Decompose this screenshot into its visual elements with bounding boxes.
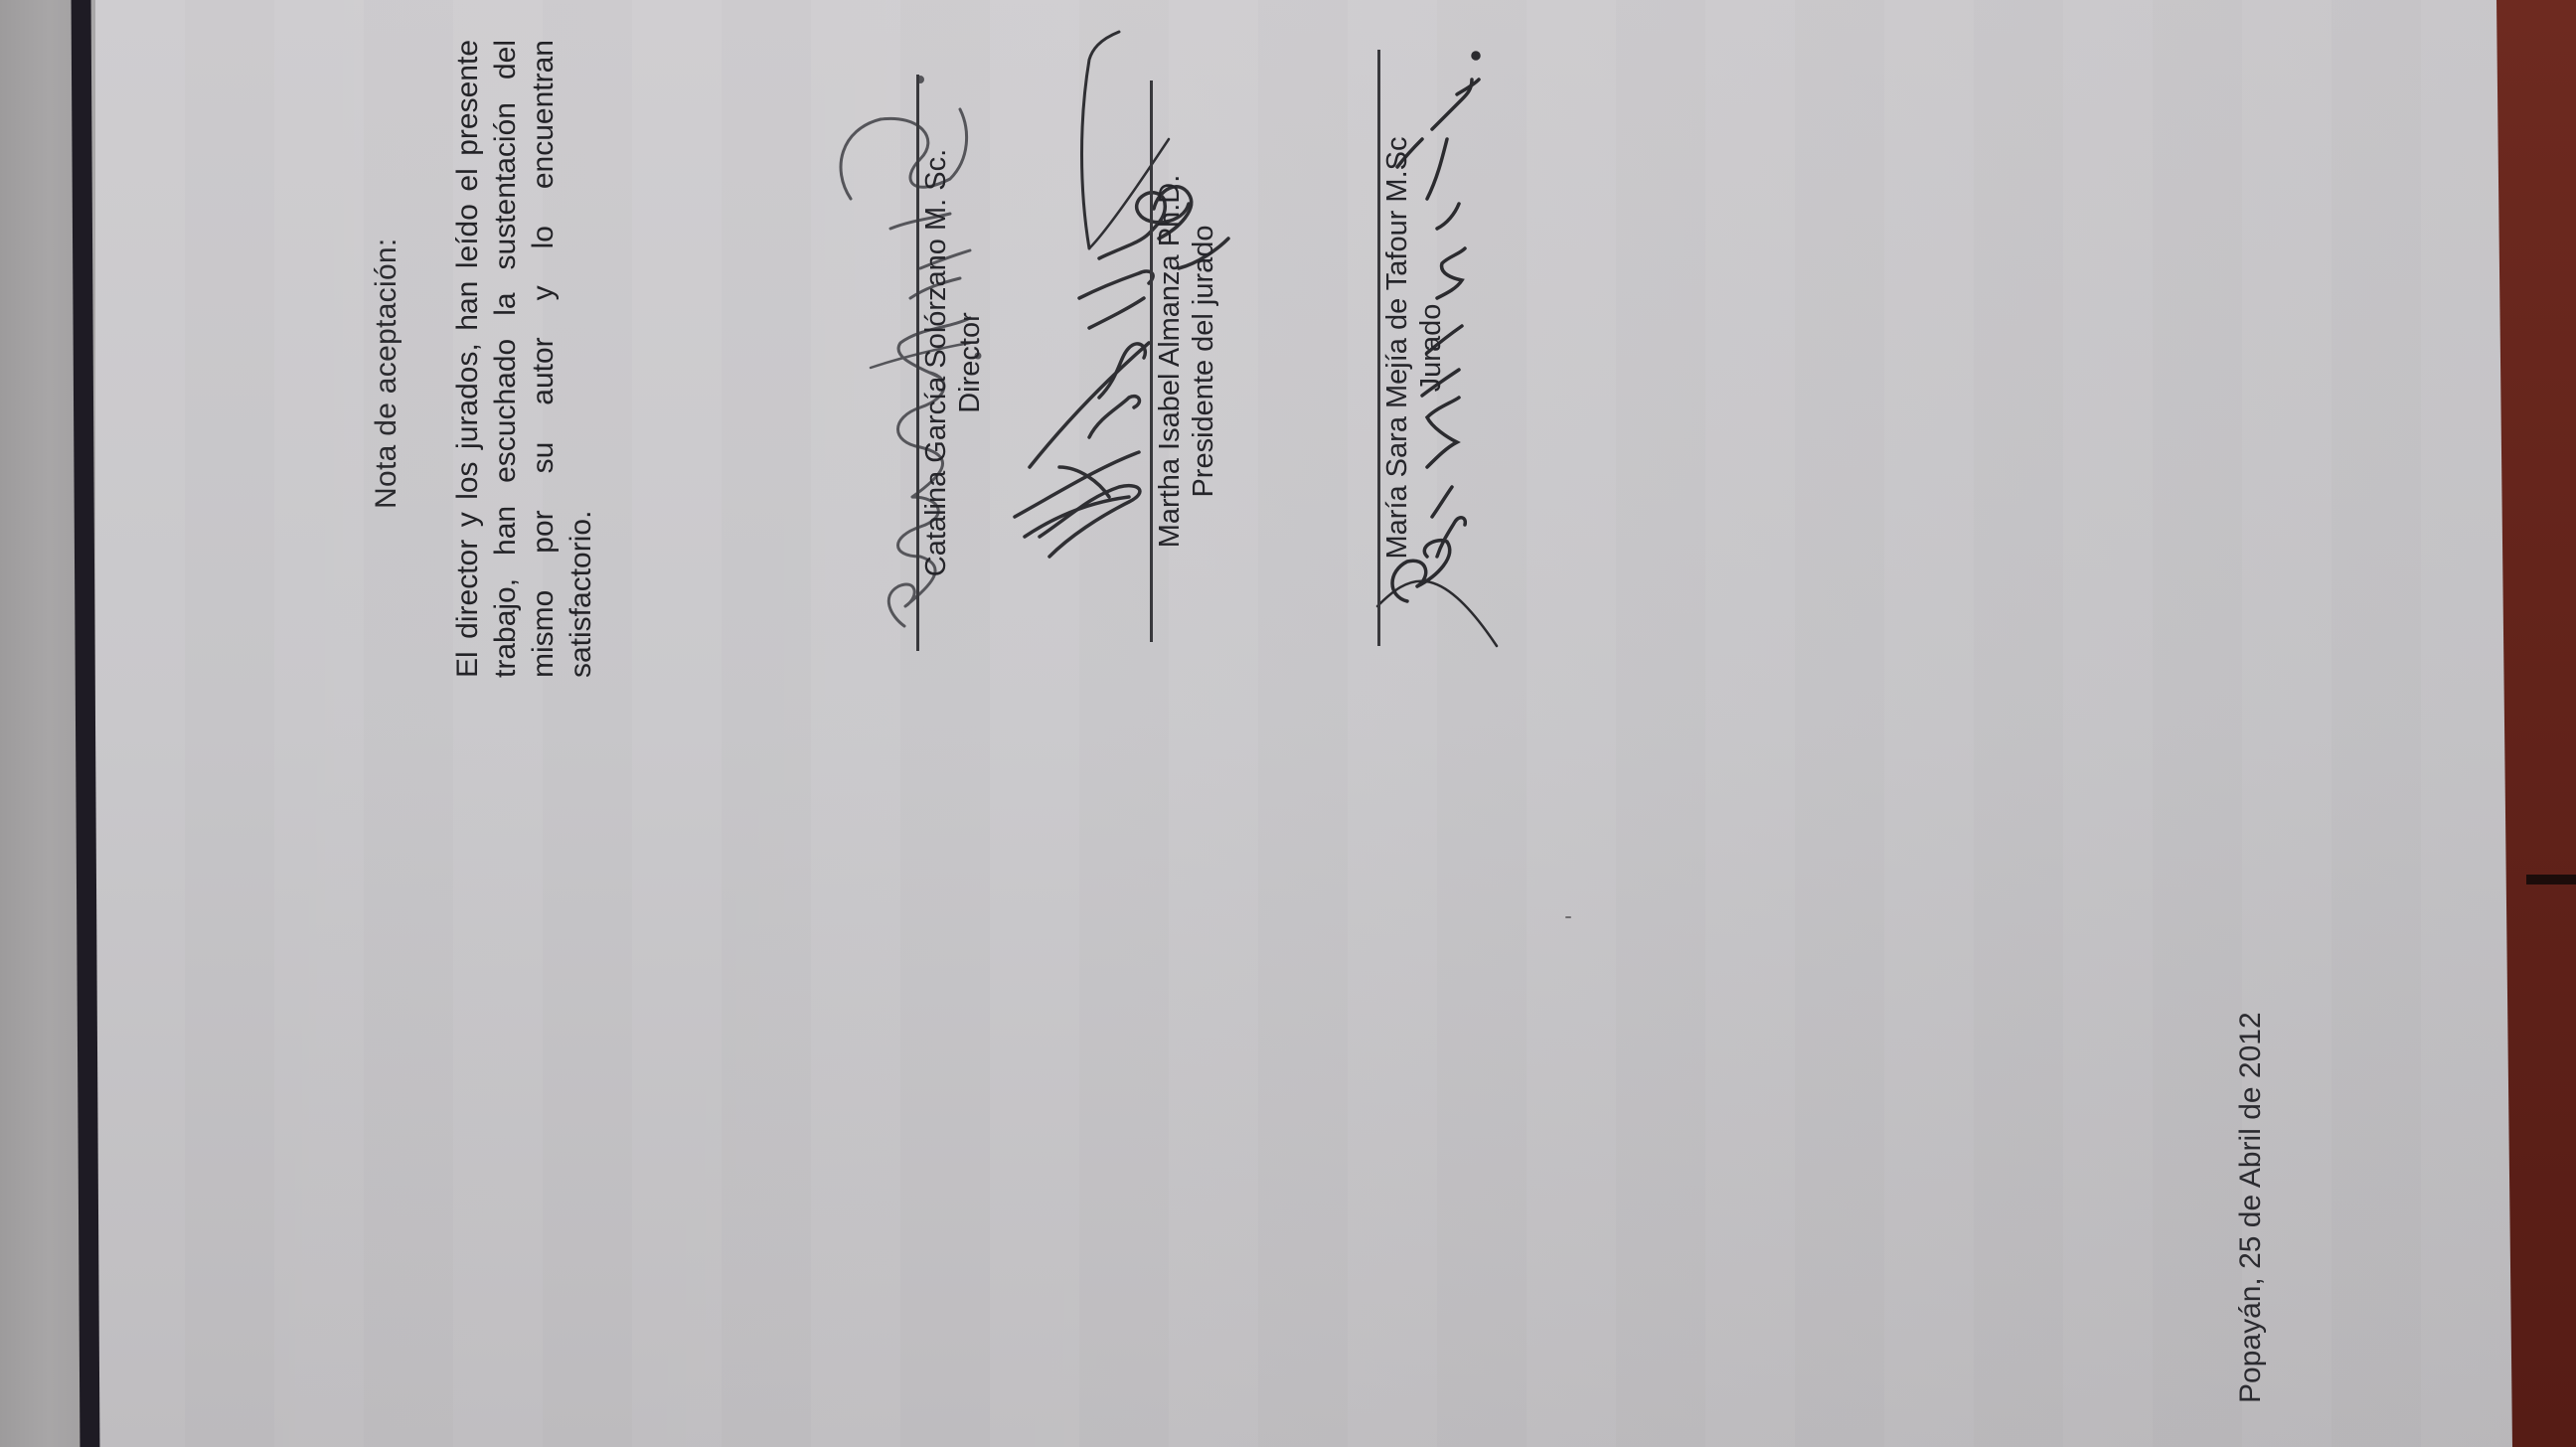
photo-scene: Nota de aceptación: El director y los ju… — [0, 0, 2576, 1447]
signatory-name: María Sara Mejía de Tafour M.Sc — [1380, 50, 1414, 646]
signature-block-president: Martha Isabel Almanza Ph.D. Presidente d… — [1150, 80, 1220, 642]
wood-seam — [2526, 875, 2576, 884]
signature-block-jurado: María Sara Mejía de Tafour M.Sc Jurado — [1377, 50, 1448, 646]
signature-block-director: Catalina García Solórzano M. Sc. Directo… — [916, 75, 987, 651]
signatory-role: Presidente del jurado — [1187, 80, 1220, 642]
acceptance-paragraph: El director y los jurados, han leído el … — [449, 40, 600, 678]
signatory-role: Jurado — [1414, 50, 1448, 646]
signatory-name: Catalina García Solórzano M. Sc. — [919, 75, 953, 651]
signatory-name: Martha Isabel Almanza Ph.D. — [1153, 80, 1187, 642]
signatory-role: Director — [953, 75, 987, 651]
place-date: Popayán, 25 de Abril de 2012 — [2234, 1012, 2268, 1403]
page-heading: Nota de aceptación: — [370, 238, 403, 509]
paper-speck — [1565, 916, 1571, 918]
background-surface — [0, 0, 81, 1447]
